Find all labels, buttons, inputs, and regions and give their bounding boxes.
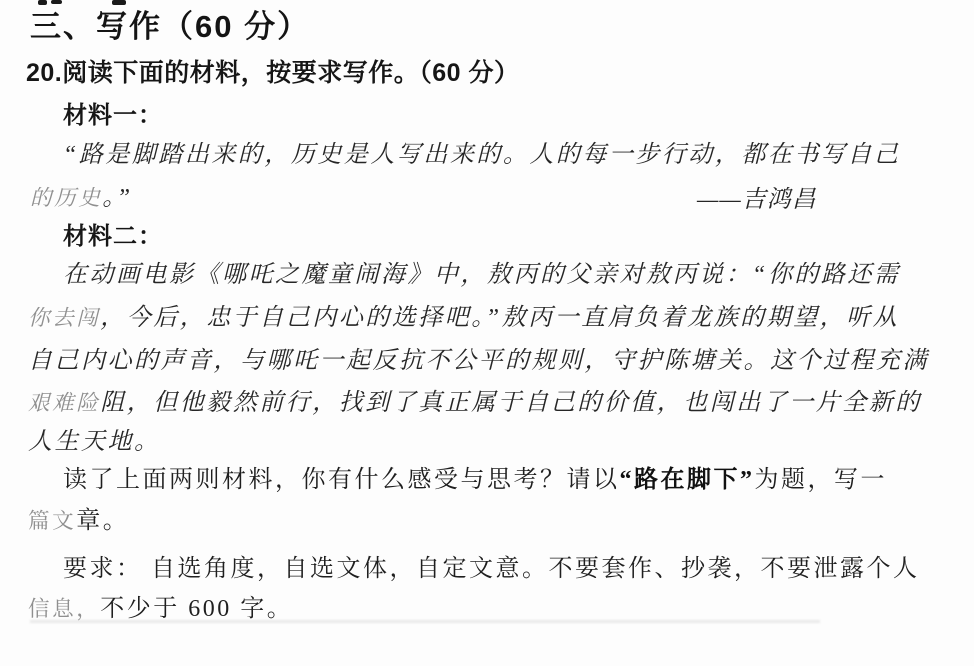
material-two-line4-faded: 艰难险: [28, 391, 100, 415]
material-two-line2-rest: ，今后，忠于自己内心的选择吧。”敖丙一直肩负着龙族的期望，听从: [100, 305, 899, 331]
requirements-line2-rest: 不少于 600 字。: [100, 596, 293, 622]
question-prompt: 阅读下面的材料，按要求写作。（60 分）: [62, 59, 519, 87]
scan-artifact-top-2: [51, 0, 62, 4]
material-two-line3: 自己内心的声音，与哪吒一起反抗不公平的规则，守护陈塘关。这个过程充满: [28, 346, 929, 376]
quote-attribution: ——吉鸿昌: [697, 185, 817, 215]
material-one-line2-end: 。”: [102, 185, 132, 211]
scan-artifact-top-1: [38, 0, 47, 5]
requirements-line1: 要求： 自选角度，自选文体，自定文意。不要套作、抄袭，不要泄露个人: [63, 554, 920, 584]
section-heading: 三、写作（60 分）: [30, 8, 310, 47]
task-line1-pre: 读了上面两则材料，你有什么感受与思考？请以: [63, 467, 620, 493]
essay-title: “路在脚下”: [620, 467, 755, 493]
material-two-line2-faded: 你去闯: [28, 306, 100, 330]
material-two-line2: 你去闯，今后，忠于自己内心的选择吧。”敖丙一直肩负着龙族的期望，听从: [28, 303, 899, 333]
question-number: 20.: [26, 59, 62, 87]
task-line2-end: 章。: [76, 508, 129, 534]
task-line2-faded: 篇文: [28, 509, 76, 533]
material-one-label: 材料一：: [63, 101, 163, 131]
material-two-line1: 在动画电影《哪吒之魔童闹海》中，敖丙的父亲对敖丙说：“你的路还需: [63, 260, 900, 290]
material-two-line5: 人生天地。: [28, 427, 161, 457]
material-one-quote-line1: “路是脚踏出来的，历史是人写出来的。人的每一步行动，都在书写自己: [63, 140, 900, 170]
requirements-line2-faded: 信息，: [28, 597, 100, 621]
scanned-exam-page: 三、写作（60 分） 20.阅读下面的材料，按要求写作。（60 分） 材料一： …: [0, 0, 974, 666]
material-two-label: 材料二：: [63, 222, 163, 252]
task-line2: 篇文章。: [28, 506, 129, 536]
question-line: 20.阅读下面的材料，按要求写作。（60 分）: [26, 58, 520, 89]
material-two-line4-rest: 阻，但他毅然前行，找到了真正属于自己的价值，也闯出了一片全新的: [100, 390, 922, 416]
scan-artifact-top-3: [112, 0, 126, 5]
material-two-line4: 艰难险阻，但他毅然前行，找到了真正属于自己的价值，也闯出了一片全新的: [28, 388, 922, 418]
task-line1: 读了上面两则材料，你有什么感受与思考？请以“路在脚下”为题，写一: [63, 465, 887, 495]
task-line1-post: 为题，写一: [755, 467, 888, 493]
scan-ghost-line: [30, 620, 820, 623]
material-one-quote-line2: 的历史。”: [30, 183, 133, 213]
material-one-line2-faded: 的历史: [30, 186, 102, 210]
